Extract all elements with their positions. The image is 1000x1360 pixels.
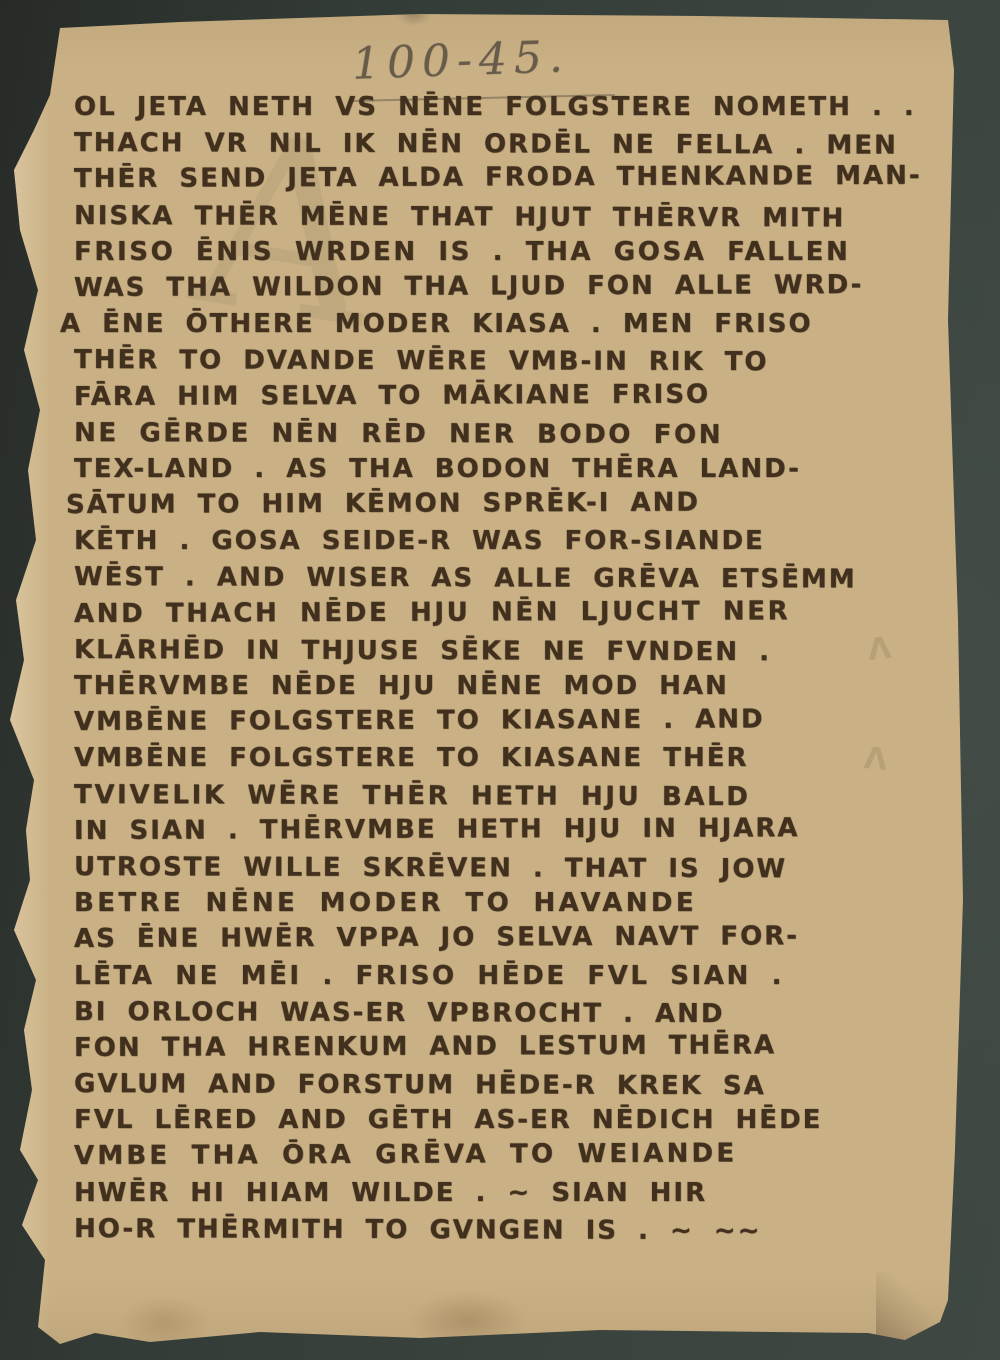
manuscript-line: THĒRVMBE NĒDE HJU NĒNE MOD HAN bbox=[74, 671, 964, 707]
page-number: 100-45. bbox=[351, 29, 633, 90]
manuscript-line: FĀRA HIM SELVA TO MĀKIANE FRISO bbox=[74, 378, 964, 418]
manuscript-line: FON THA HRENKUM AND LESTUM THĒRA bbox=[74, 1029, 964, 1069]
paper-stain bbox=[408, 1290, 528, 1350]
manuscript-line: IN SIAN . THĒRVMBE HETH HJU IN HJARA bbox=[74, 812, 964, 852]
ink-smudge bbox=[396, 0, 432, 26]
paper-stain bbox=[120, 1295, 210, 1350]
manuscript-line: SĀTUM TO HIM KĒMON SPRĒK-I AND bbox=[66, 487, 964, 527]
text-block: OL JETA NETH VS NĒNE FOLGSTERE NOMETH . … bbox=[74, 92, 964, 1250]
manuscript-line: GVLUM AND FORSTUM HĒDE-R KREK SA bbox=[74, 1069, 964, 1108]
manuscript-line: VMBE THA ŌRA GRĒVA TO WEIANDE bbox=[74, 1138, 964, 1178]
manuscript-line: VMBĒNE FOLGSTERE TO KIASANE THĒR bbox=[74, 743, 964, 779]
manuscript-line: TEX-LAND . AS THA BODON THĒRA LAND- bbox=[74, 454, 964, 490]
manuscript-line: AND THACH NĒDE HJU NĒN LJUCHT NER bbox=[74, 595, 964, 635]
manuscript-line: NE GĒRDE NĒN RĒD NER BODO FON bbox=[74, 418, 964, 457]
manuscript-line: BETRE NĒNE MODER TO HAVANDE bbox=[74, 888, 964, 924]
dog-ear-fold bbox=[876, 1272, 966, 1342]
manuscript-line: KĒTH . GOSA SEIDE-R WAS FOR-SIANDE bbox=[74, 526, 964, 562]
manuscript-line: KLĀRHĒD IN THJUSE SĒKE NE FVNDEN . bbox=[74, 635, 964, 674]
manuscript-line: WAS THA WILDON THA LJUD FON ALLE WRD- bbox=[74, 270, 964, 310]
manuscript-line: HWĒR HI HIAM WILDE . ~ SIAN HIR bbox=[74, 1178, 964, 1214]
scan-background: A 100-45. OL JETA NETH VS NĒNE FOLGSTERE… bbox=[0, 0, 1000, 1360]
manuscript-line: HO-R THĒRMITH TO GVNGEN IS . ~ ~~ bbox=[74, 1214, 964, 1253]
manuscript-line: NISKA THĒR MĒNE THAT HJUT THĒRVR MITH bbox=[74, 201, 964, 240]
manuscript-line: VMBĒNE FOLGSTERE TO KIASANE . AND bbox=[74, 704, 964, 744]
manuscript-line: THĒR SEND JETA ALDA FRODA THENKANDE MAN- bbox=[74, 161, 964, 201]
manuscript-line: FRISO ĒNIS WRDEN IS . THA GOSA FALLEN bbox=[74, 237, 964, 273]
manuscript-page: A 100-45. OL JETA NETH VS NĒNE FOLGSTERE… bbox=[0, 0, 1000, 1360]
manuscript-line: LĒTA NE MĒI . FRISO HĒDE FVL SIAN . bbox=[74, 961, 964, 997]
manuscript-line: FVL LĒRED AND GĒTH AS-ER NĒDICH HĒDE bbox=[74, 1105, 964, 1141]
manuscript-line: OL JETA NETH VS NĒNE FOLGSTERE NOMETH . … bbox=[74, 92, 964, 128]
manuscript-line: UTROSTE WILLE SKRĒVEN . THAT IS JOW bbox=[74, 852, 964, 891]
manuscript-line: AS ĒNE HWĒR VPPA JO SELVA NAVT FOR- bbox=[74, 921, 964, 961]
manuscript-line: A ĒNE ŌTHERE MODER KIASA . MEN FRISO bbox=[60, 309, 964, 345]
